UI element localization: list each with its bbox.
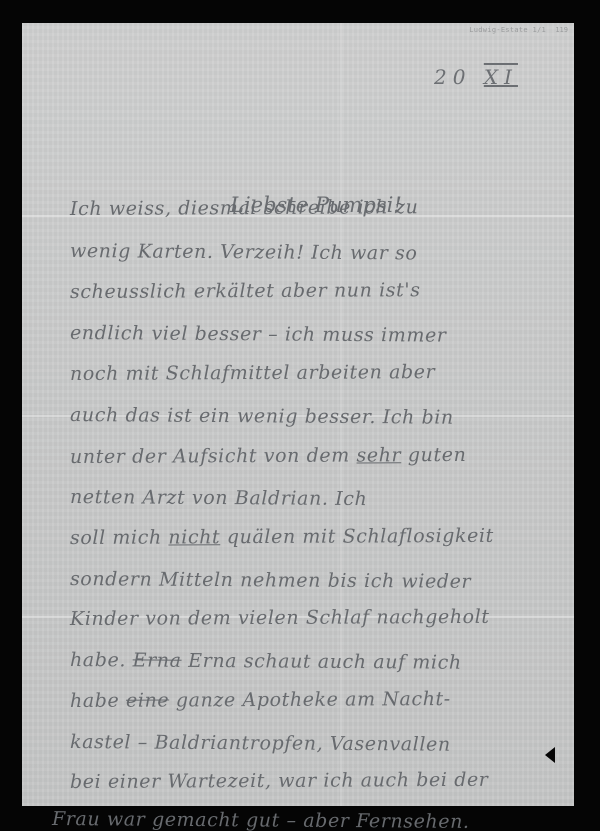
letter-line: wenig Karten. Verzeih! Ich war so [70, 240, 540, 265]
underlined-word: nicht [168, 526, 220, 548]
letter-page: Ludwig-Estate 1/1 119 20 XI Liebste Pump… [22, 23, 574, 806]
letter-line: kastel – Baldriantropfen, Vasenvallen [70, 731, 540, 756]
letter-line: soll mich nicht quälen mit Schlaflosigke… [70, 525, 540, 549]
letter-line: Ich weiss, diesmal schreibe ich zu [70, 196, 540, 220]
letter-line: bei einer Wartezeit, war ich auch bei de… [70, 769, 540, 793]
struck-word: Erna [133, 649, 182, 671]
letter-line: endlich viel besser – ich muss immer [70, 322, 540, 347]
letter-line: auch das ist ein wenig besser. Ich bin [70, 404, 540, 429]
underlined-word: sehr [356, 444, 401, 466]
letter-line: netten Arzt von Baldrian. Ich [70, 486, 540, 511]
letter-line: habe. Erna Erna schaut auch auf mich [70, 649, 540, 674]
letter-line: Frau war gemacht gut – aber Fernsehen. [52, 808, 522, 831]
letter-line: scheusslich erkältet aber nun ist's [70, 279, 540, 303]
date-month: XI [484, 65, 518, 89]
date-day: 20 [434, 65, 471, 89]
archive-stamp: Ludwig-Estate 1/1 [469, 26, 546, 34]
letter-line: sondern Mitteln nehmen bis ich wieder [70, 568, 540, 593]
letter-line: habe eine ganze Apotheke am Nacht- [70, 688, 540, 712]
paper-edge-notch [545, 747, 555, 763]
letter-line: Kinder von dem vielen Schlaf nachgeholt [70, 606, 540, 630]
page-number: 119 [555, 26, 568, 34]
struck-word: eine [126, 689, 169, 711]
letter-line: noch mit Schlafmittel arbeiten aber [70, 361, 540, 385]
letter-line: unter der Aufsicht von dem sehr guten [70, 444, 540, 468]
letter-date: 20 XI [434, 65, 518, 89]
